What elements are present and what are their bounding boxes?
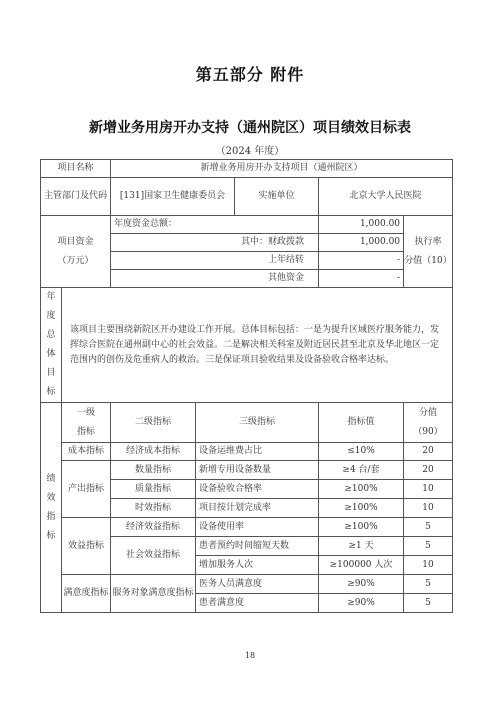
funds-fiscal-label: 其中：财政拨款 (111, 234, 319, 252)
funds-row: 项目资金 （万元） 年度资金总额： 1,000.00 执行率 分值（10） (41, 216, 453, 234)
label-char: 绩 (41, 470, 61, 489)
score-cell: 5 (404, 537, 453, 556)
level3-cell: 项目按计划完成率 (196, 499, 319, 518)
value-cell: ≤10% (319, 443, 404, 461)
value-cell: ≥90% (319, 575, 404, 594)
label-char: 体 (41, 345, 61, 364)
header-level2: 二级指标 (111, 403, 196, 443)
level3-cell: 医务人员满意度 (196, 575, 319, 594)
value-cell: ≥100000 人次 (319, 556, 404, 575)
level3-cell: 患者满意度 (196, 594, 319, 613)
score-cell: 5 (404, 594, 453, 613)
value-cell: ≥100% (319, 480, 404, 499)
label-char: 年 (41, 288, 61, 307)
project-name-label: 项目名称 (41, 160, 111, 178)
unit-label: 实施单位 (235, 178, 319, 216)
level3-cell: 患者预约时间缩短天数 (196, 537, 319, 556)
level3-cell: 设备使用率 (196, 518, 319, 537)
table-row: 成本指标 经济成本指标 设备运维费占比 ≤10% 20 (41, 443, 453, 461)
level1-cell: 效益指标 (62, 518, 111, 575)
level1-cell: 成本指标 (62, 443, 111, 461)
header-line: （90） (404, 423, 452, 442)
score-cell: 10 (404, 480, 453, 499)
funds-other-value: - (319, 270, 404, 288)
level2-cell: 经济效益指标 (111, 518, 196, 537)
level2-cell: 数量指标 (111, 461, 196, 480)
funds-other-label: 其他资金 (111, 270, 319, 288)
header-level1: 一级 指标 (62, 403, 111, 443)
level3-cell: 增加服务人次 (196, 556, 319, 575)
funds-total-value: 1,000.00 (319, 216, 404, 234)
funds-carryover-value: - (319, 252, 404, 270)
level3-cell: 设备运维费占比 (196, 443, 319, 461)
header-line: 指标 (62, 423, 110, 442)
funds-label-line2: （万元） (41, 252, 110, 271)
label-char: 标 (41, 383, 61, 402)
funds-label-line1: 项目资金 (41, 233, 110, 252)
table-row: 产出指标 数量指标 新增专用设备数量 ≥4 台/套 20 (41, 461, 453, 480)
annual-goal-label: 年 度 总 体 目 标 (41, 288, 62, 403)
exec-rate-label: 执行率 分值（10） (404, 216, 453, 288)
score-cell: 20 (404, 443, 453, 461)
value-cell: ≥100% (319, 518, 404, 537)
exec-rate-line2: 分值（10） (404, 252, 452, 271)
header-line: 分值 (404, 404, 452, 423)
label-char: 度 (41, 307, 61, 326)
page-number: 18 (0, 651, 500, 660)
score-cell: 5 (404, 518, 453, 537)
project-name-value: 新增业务用房开办支持项目（通州院区） (111, 160, 453, 178)
score-cell: 5 (404, 575, 453, 594)
annual-goal-text: 该项目主要围绕新院区开办建设工作开展。总体目标包括：一是为提升区域医疗服务能力，… (62, 288, 453, 403)
funds-label: 项目资金 （万元） (41, 216, 111, 288)
section-title: 第五部分 附件 (0, 62, 500, 85)
label-char: 目 (41, 364, 61, 383)
score-cell: 20 (404, 461, 453, 480)
label-char: 总 (41, 326, 61, 345)
unit-value: 北京大学人民医院 (319, 178, 453, 216)
project-name-row: 项目名称 新增业务用房开办支持项目（通州院区） (41, 160, 453, 178)
performance-goal-table: 项目名称 新增业务用房开办支持项目（通州院区） 主管部门及代码 [131]国家卫… (40, 159, 453, 613)
label-char: 指 (41, 508, 61, 527)
year-note: （2024 年度） (0, 142, 500, 157)
label-char: 标 (41, 527, 61, 546)
header-level3: 三级指标 (196, 403, 319, 443)
table-row: 效益指标 经济效益指标 设备使用率 ≥100% 5 (41, 518, 453, 537)
performance-label: 绩 效 指 标 (41, 403, 62, 613)
score-cell: 10 (404, 556, 453, 575)
level2-cell: 服务对象满意度指标 (111, 575, 196, 613)
score-cell: 10 (404, 499, 453, 518)
label-char: 效 (41, 489, 61, 508)
value-cell: ≥4 台/套 (319, 461, 404, 480)
value-cell: ≥90% (319, 594, 404, 613)
dept-label: 主管部门及代码 (41, 178, 111, 216)
level1-cell: 满意度指标 (62, 575, 111, 613)
header-score: 分值 （90） (404, 403, 453, 443)
table-row: 满意度指标 服务对象满意度指标 医务人员满意度 ≥90% 5 (41, 575, 453, 594)
funds-carryover-label: 上年结转 (111, 252, 319, 270)
level3-cell: 新增专用设备数量 (196, 461, 319, 480)
header-line: 一级 (62, 404, 110, 423)
level1-cell: 产出指标 (62, 461, 111, 518)
exec-rate-line1: 执行率 (404, 233, 452, 252)
level3-cell: 设备验收合格率 (196, 480, 319, 499)
annual-goal-row: 年 度 总 体 目 标 该项目主要围绕新院区开办建设工作开展。总体目标包括：一是… (41, 288, 453, 403)
value-cell: ≥100% (319, 499, 404, 518)
performance-header-row: 绩 效 指 标 一级 指标 二级指标 三级指标 指标值 分值 （90） (41, 403, 453, 443)
level2-cell: 经济成本指标 (111, 443, 196, 461)
header-value: 指标值 (319, 403, 404, 443)
level2-cell: 时效指标 (111, 499, 196, 518)
funds-total-label: 年度资金总额： (111, 216, 319, 234)
table-title: 新增业务用房开办支持（通州院区）项目绩效目标表 (0, 117, 500, 137)
value-cell: ≥1 天 (319, 537, 404, 556)
dept-row: 主管部门及代码 [131]国家卫生健康委员会 实施单位 北京大学人民医院 (41, 178, 453, 216)
level2-cell: 质量指标 (111, 480, 196, 499)
level2-cell: 社会效益指标 (111, 537, 196, 575)
funds-fiscal-value: 1,000.00 (319, 234, 404, 252)
dept-value: [131]国家卫生健康委员会 (111, 178, 235, 216)
